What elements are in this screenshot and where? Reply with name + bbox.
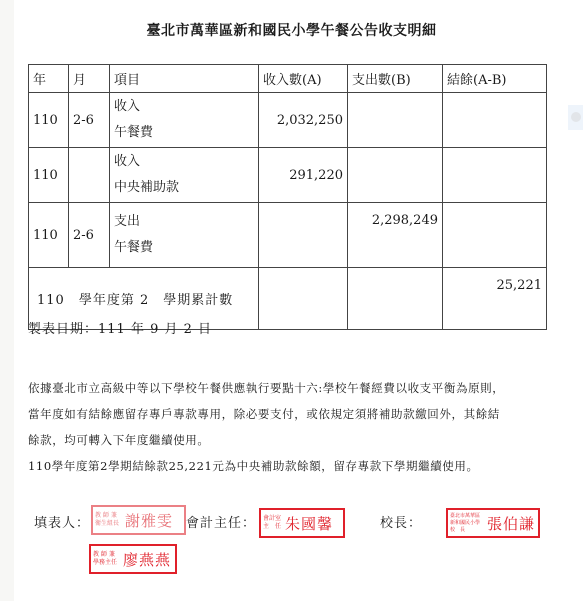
header-year: 年 — [29, 65, 69, 93]
item-type: 收入 — [114, 94, 254, 120]
item-type: 收入 — [114, 149, 254, 175]
cell-balance — [443, 203, 547, 268]
table-header-row: 年 月 項目 收入數(A) 支出數(B) 結餘(A-B) — [29, 65, 547, 93]
stamp-name: 張伯謙 — [487, 513, 538, 534]
principal-stamp: 臺北市萬華區新和國民小學 校 長 張伯謙 — [446, 508, 540, 538]
page-edge — [0, 0, 14, 601]
stamp-title-top: 臺北市萬華區新和國民小學 — [450, 513, 485, 527]
notes-section: 依據臺北市立高級中等以下學校午餐供應執行要點十六:學校午餐經費以收支平衡為原則，… — [28, 375, 568, 479]
cell-month: 2-6 — [69, 203, 110, 268]
item-name: 中央補助款 — [114, 175, 254, 201]
stamp-name: 廖燕燕 — [123, 549, 174, 570]
stamp-title-top: 會計室 — [263, 515, 283, 523]
cell-item: 收入 中央補助款 — [110, 148, 259, 203]
header-income: 收入數(A) — [259, 65, 348, 93]
document-title: 臺北市萬華區新和國民小學午餐公告收支明細 — [0, 20, 583, 40]
preparer-stamp-1: 教 師 兼 衛生組長 謝雅雯 — [91, 505, 186, 535]
stamp-name: 朱國馨 — [285, 513, 336, 534]
preparer-label: 填表人： — [34, 512, 90, 531]
note-line: 依據臺北市立高級中等以下學校午餐供應執行要點十六:學校午餐經費以收支平衡為原則， — [28, 375, 568, 401]
ledger-table: 年 月 項目 收入數(A) 支出數(B) 結餘(A-B) 110 2-6 收入 … — [28, 64, 547, 330]
stamp-title-bottom: 學務主任 — [93, 559, 121, 567]
header-expense: 支出數(B) — [348, 65, 443, 93]
stamp-title-top: 教 師 兼 — [93, 551, 121, 559]
accountant-label: 會計主任： — [186, 512, 256, 531]
stamp-title-top: 教 師 兼 — [95, 512, 123, 520]
accountant-stamp: 會計室 主 任 朱國馨 — [259, 508, 345, 538]
table-row: 110 2-6 收入 午餐費 2,032,250 — [29, 93, 547, 148]
item-type: 支出 — [114, 209, 254, 235]
table-row: 110 收入 中央補助款 291,220 — [29, 148, 547, 203]
circle-icon — [571, 112, 581, 122]
cell-year: 110 — [29, 203, 69, 268]
cell-expense — [348, 148, 443, 203]
item-name: 午餐費 — [114, 120, 254, 146]
cell-year: 110 — [29, 93, 69, 148]
preparer-stamp-2: 教 師 兼 學務主任 廖燕燕 — [89, 544, 177, 574]
header-balance: 結餘(A-B) — [443, 65, 547, 93]
table-row: 110 2-6 支出 午餐費 2,298,249 — [29, 203, 547, 268]
cell-balance — [443, 148, 547, 203]
side-floating-widget[interactable] — [568, 105, 583, 130]
cell-item: 支出 午餐費 — [110, 203, 259, 268]
cell-income: 291,220 — [259, 148, 348, 203]
item-name: 午餐費 — [114, 235, 254, 261]
cell-expense — [348, 93, 443, 148]
cell-balance — [443, 93, 547, 148]
cell-month: 2-6 — [69, 93, 110, 148]
header-item: 項目 — [110, 65, 259, 93]
stamp-title-bottom: 校 長 — [450, 527, 485, 534]
note-line: 110學年度第2學期結餘款25,221元為中央補助款餘額，留存專款下學期繼續使用… — [28, 453, 568, 479]
note-line: 餘款，均可轉入下年度繼續使用。 — [28, 427, 568, 453]
note-line: 當年度如有結餘應留存專戶專款專用，除必要支付，或依規定須將補助款繳回外，其餘結 — [28, 401, 568, 427]
cell-expense: 2,298,249 — [348, 203, 443, 268]
cell-year: 110 — [29, 148, 69, 203]
stamp-title-bottom: 主 任 — [263, 523, 283, 531]
header-month: 月 — [69, 65, 110, 93]
principal-label: 校長： — [380, 512, 422, 531]
cell-item: 收入 午餐費 — [110, 93, 259, 148]
total-balance: 25,221 — [443, 268, 547, 330]
cell-income — [259, 203, 348, 268]
total-income — [259, 268, 348, 330]
cell-income: 2,032,250 — [259, 93, 348, 148]
stamp-name: 謝雅雯 — [125, 510, 176, 531]
total-expense — [348, 268, 443, 330]
stamp-title-bottom: 衛生組長 — [95, 520, 123, 528]
cell-month — [69, 148, 110, 203]
prepared-date: 製表日期：111 年 9 月 2 日 — [28, 318, 212, 337]
